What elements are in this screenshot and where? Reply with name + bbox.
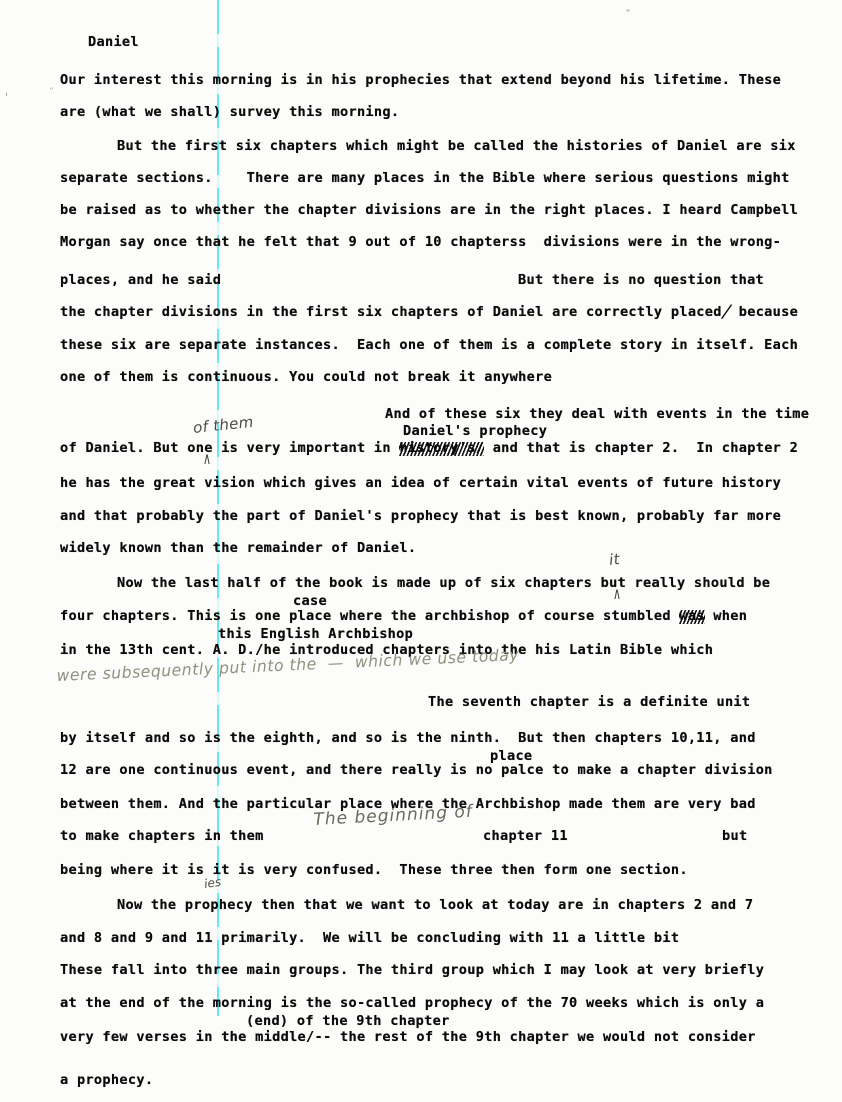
typed-line: a prophecy. <box>60 1074 153 1088</box>
typed-line: These fall into three main groups. The t… <box>60 964 764 978</box>
handwritten-note-it: it <box>608 552 620 568</box>
doc-title: Daniel <box>88 36 139 50</box>
typed-line: 12 are one continuous event, and there r… <box>60 764 773 778</box>
typed-line: being where it is it is very confused. T… <box>60 864 688 878</box>
typed-line: places, and he said <box>60 274 221 288</box>
typed-insertion-line: this English Archbishop <box>218 628 413 642</box>
typed-line: Now the last half of the book is made up… <box>117 577 770 591</box>
struck-out-text: was <box>679 610 704 624</box>
typed-line: Our interest this morning is in his prop… <box>60 74 781 88</box>
typed-line: very few verses in the middle/-- the res… <box>60 1031 756 1045</box>
typed-segment: and that is chapter 2. In chapter 2 <box>484 440 798 456</box>
insertion-caret-icon: ∧ <box>203 450 211 467</box>
scanned-typescript-page: { "colors": { "paper": "#fcfcfa", "typew… <box>0 0 842 1102</box>
typed-line: chapter 11 <box>483 830 568 844</box>
typed-line: one of them is continuous. You could not… <box>60 371 552 385</box>
insertion-caret-icon: ∧ <box>613 585 621 602</box>
typed-segment: four chapters. This is one place where t… <box>60 608 679 624</box>
typed-line: at the end of the morning is the so-call… <box>60 997 764 1011</box>
typed-segment: of Daniel. But one is very important in <box>60 440 399 456</box>
typed-line: Morgan say once that he felt that 9 out … <box>60 236 781 250</box>
margin-stray-mark: ” <box>49 88 54 97</box>
typed-line: widely known than the remainder of Danie… <box>60 542 416 556</box>
typed-line: by itself and so is the eighth, and so i… <box>60 732 756 746</box>
typed-line: these six are separate instances. Each o… <box>60 339 798 353</box>
typed-line: he has the great vision which gives an i… <box>60 477 781 491</box>
typed-insertion-line: Daniel's prophecy <box>403 425 547 439</box>
typed-segment: when <box>705 608 747 624</box>
struck-out-text: history's/ <box>399 442 484 456</box>
typed-line: The seventh chapter is a definite unit <box>428 696 750 710</box>
typed-line: Now the prophecy then that we want to lo… <box>117 899 753 913</box>
typed-insertion-line: (end) of the 9th chapter <box>246 1015 450 1029</box>
typed-line: four chapters. This is one place where t… <box>60 610 747 624</box>
typed-insertion-line: case <box>293 595 327 609</box>
typed-line: But the first six chapters which might b… <box>117 140 796 154</box>
typed-line: separate sections. There are many places… <box>60 172 790 186</box>
typed-line: but <box>722 830 747 844</box>
typed-line: of Daniel. But one is very important in … <box>60 442 798 456</box>
typed-segment: because <box>730 304 798 320</box>
margin-stray-mark: ' <box>5 92 8 103</box>
typed-line: the chapter divisions in the first six c… <box>60 306 798 320</box>
typed-segment: the chapter divisions in the first six c… <box>60 304 722 320</box>
typed-line: are (what we shall) survey this morning. <box>60 106 399 120</box>
typed-line: and that probably the part of Daniel's p… <box>60 510 781 524</box>
typed-line: And of these six they deal with events i… <box>385 408 809 422</box>
typed-line: But there is no question that <box>518 274 764 288</box>
typed-line: to make chapters in them <box>60 830 264 844</box>
typed-line: and 8 and 9 and 11 primarily. We will be… <box>60 932 679 946</box>
handwritten-note-of-them: of them <box>192 415 254 436</box>
typed-line: be raised as to whether the chapter divi… <box>60 204 798 218</box>
scan-speck <box>626 9 630 12</box>
handwritten-note-ies: ies <box>203 876 221 890</box>
